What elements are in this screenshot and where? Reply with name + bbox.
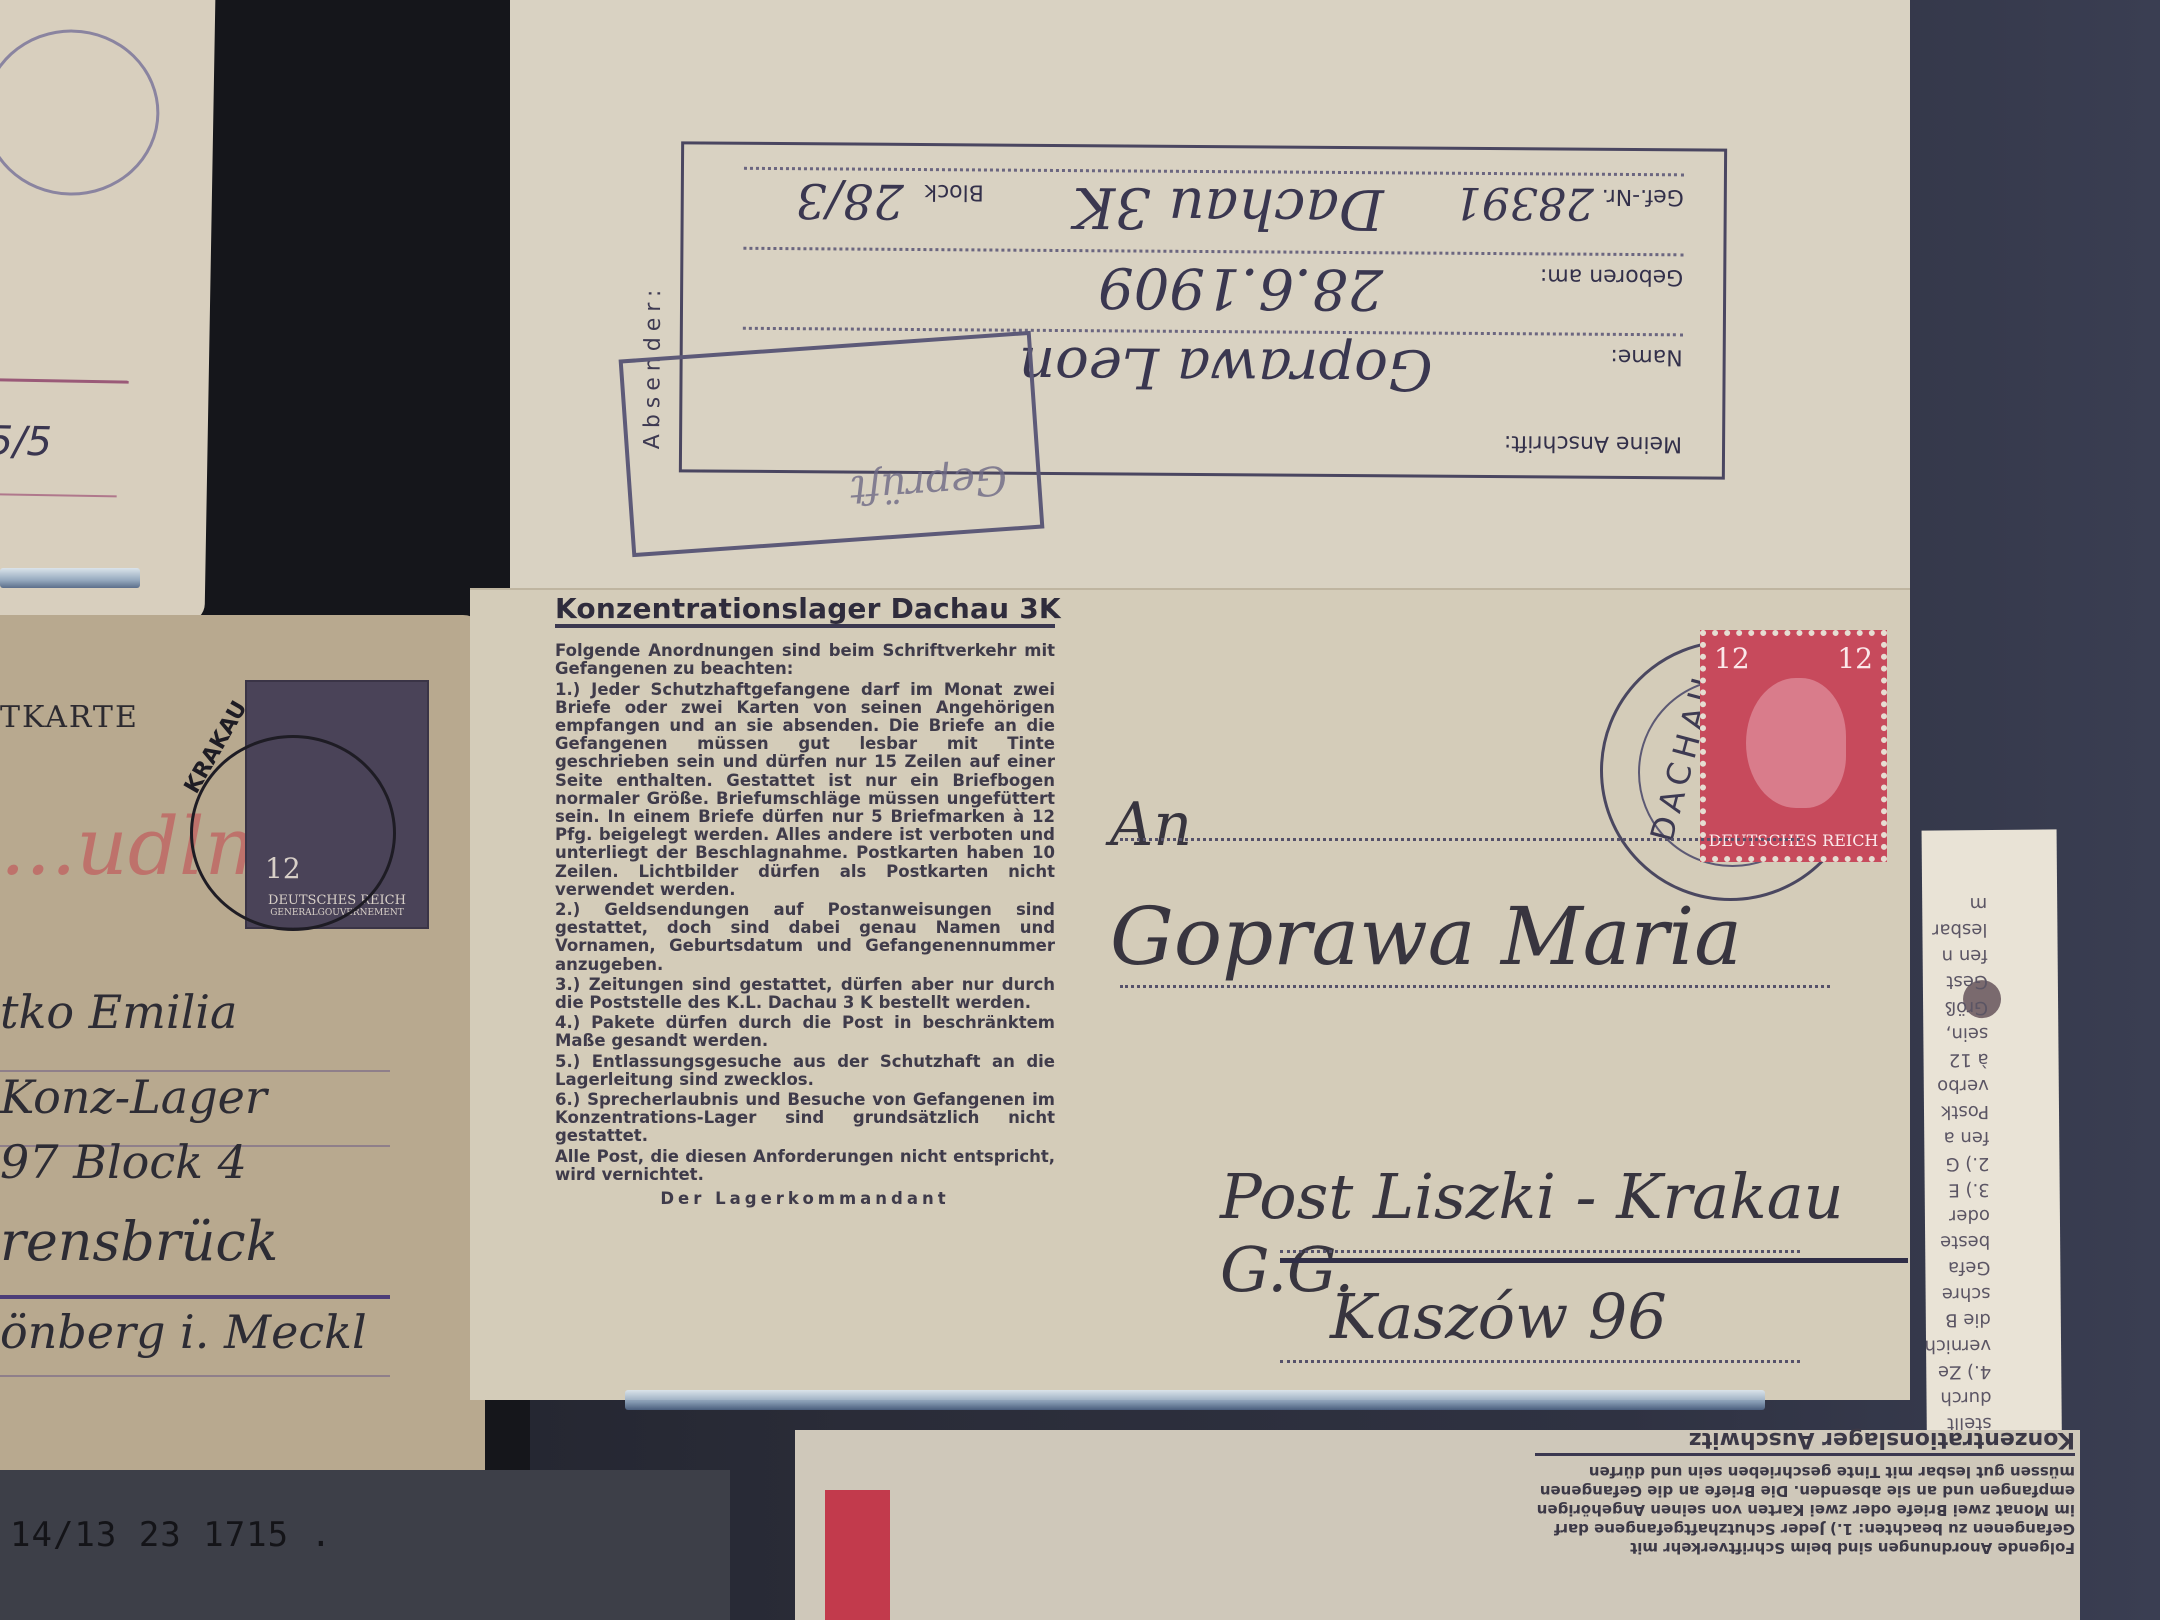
regulations-intro: Folgende Anordnungen sind beim Schriftve…	[555, 642, 1055, 678]
slip-numbers: 14/13 23 1715 .	[10, 1515, 332, 1555]
bottom-card-regulations: Folgende Anordnungen sind beim Schriftve…	[1535, 1430, 2075, 1557]
prisoner-no-value: 28391	[1454, 177, 1594, 229]
censor-stamp: Geprüft	[619, 331, 1045, 557]
regulation-item: 3.) Zeitungen sind gestattet, dürfen abe…	[555, 976, 1055, 1012]
camp-regulations: Konzentrationslager Dachau 3K Folgende A…	[555, 600, 1055, 1208]
postage-stamp	[825, 1490, 890, 1620]
block-value: 28/3	[796, 172, 904, 229]
address-dotted-line	[1120, 985, 1830, 988]
slip-line: die B	[1931, 1306, 1991, 1333]
regulations-closing: Alle Post, die diesen Anforderungen nich…	[555, 1148, 1055, 1184]
stamp-value-right: 12	[1837, 642, 1873, 675]
main-letter: Absender: Meine Anschrift: Name: Goprawa…	[470, 0, 1910, 1400]
recipient-prefix: An	[1110, 790, 1192, 860]
address-line: önberg i. Meckl	[0, 1305, 367, 1359]
stamp-portrait	[1746, 678, 1846, 808]
address-label: Meine Anschrift:	[1504, 430, 1682, 456]
slip-line: lesbar m	[1927, 890, 1987, 943]
cancellation-circle	[190, 735, 396, 931]
regulation-item: 6.) Sprecherlaubnis und Besuche von Gefa…	[555, 1091, 1055, 1146]
underline	[0, 1295, 390, 1299]
regulation-item: 5.) Entlassungsgesuche aus der Schutzhaf…	[555, 1053, 1055, 1089]
slip-line: à 12	[1928, 1046, 1988, 1073]
slip-line: Postk	[1929, 1098, 1989, 1125]
address-dotted-line	[1280, 1250, 1800, 1253]
stamp-value-left: 12	[1714, 642, 1750, 675]
regulation-item: 4.) Pakete dürfen durch die Post in besc…	[555, 1014, 1055, 1050]
slip-line: schre	[1930, 1280, 1990, 1307]
born-row: Geboren am: 28.6.1909	[743, 247, 1684, 337]
slip-line: Gest	[1928, 968, 1988, 995]
born-value: 28.6.1909	[1098, 254, 1383, 321]
slip-line: 4.) Ze	[1931, 1358, 1991, 1385]
slip-line: fen n	[1928, 942, 1988, 969]
slip-line: Größ	[1928, 994, 1988, 1021]
address-dotted-line	[1120, 838, 1800, 841]
address-line: Konz-Lager	[0, 1070, 267, 1124]
camp-value: Dachau 3K	[1073, 174, 1384, 241]
born-label: Geboren am:	[1540, 263, 1684, 289]
ruled-line	[0, 493, 117, 497]
regulation-item: 2.) Geldsendungen auf Postanweisungen si…	[555, 901, 1055, 974]
prisoner-no-label: Gef.-Nr.	[1602, 184, 1684, 210]
name-value: Goprawa Leon	[1019, 334, 1433, 402]
bottom-card-heading: Konzentrationslager Auschwitz	[1535, 1430, 2075, 1456]
left-postcard: TKARTE ...udlm 12 DEUTSCHES REICH GENERA…	[0, 615, 485, 1495]
regulation-item: 1.) Jeder Schutzhaftgefangene darf im Mo…	[555, 681, 1055, 899]
slip-line: fen a	[1929, 1124, 1989, 1151]
display-stand	[0, 568, 140, 588]
slip-line: durch	[1931, 1384, 1991, 1411]
letter-upper-flap: Absender: Meine Anschrift: Name: Goprawa…	[510, 0, 1910, 595]
slip-line: Gefa	[1930, 1254, 1990, 1281]
recipient-name: Goprawa Maria	[1110, 890, 1742, 983]
slip-line: oder	[1930, 1202, 1990, 1229]
regulations-signature: Der Lagerkommandant	[555, 1190, 1055, 1208]
postmark-circle	[0, 28, 161, 197]
recipient-street: Kaszów 96	[1330, 1280, 1667, 1353]
slip-line: 2.) G	[1929, 1150, 1989, 1177]
address-dotted-line	[1280, 1360, 1800, 1363]
address-line: rensbrück	[0, 1210, 278, 1273]
block-label: Block	[924, 179, 984, 204]
prisoner-row: Gef.-Nr. 28391 Dachau 3K Block 28/3	[743, 167, 1684, 257]
slip-line: beste	[1930, 1228, 1990, 1255]
display-stand	[625, 1390, 1765, 1410]
slip-line: sein,	[1928, 1020, 1988, 1047]
recipient-underline	[1280, 1258, 1908, 1263]
address-line: 97 Block 4	[0, 1135, 247, 1189]
ruled-line	[0, 1375, 390, 1377]
ruled-line	[0, 378, 129, 384]
name-label: Name:	[1610, 344, 1683, 370]
card-number: 5/5	[0, 418, 52, 465]
address-line: tko Emilia	[0, 985, 237, 1039]
slip-line: 3.) E	[1930, 1176, 1990, 1203]
postcard-title: TKARTE	[0, 700, 139, 735]
postage-stamp-12: 12 12 DEUTSCHES REICH	[1700, 630, 1887, 862]
top-left-card: 5/5	[0, 0, 215, 622]
slip-line: verbo	[1929, 1072, 1989, 1099]
slip-line: vernich	[1931, 1332, 1991, 1359]
regulations-heading: Konzentrationslager Dachau 3K	[555, 600, 1055, 628]
letter-address-side: Konzentrationslager Dachau 3K Folgende A…	[470, 590, 1910, 1400]
bottom-left-slip: 14/13 23 1715 .	[0, 1470, 730, 1620]
bottom-card: Folgende Anordnungen sind beim Schriftve…	[795, 1430, 2080, 1620]
